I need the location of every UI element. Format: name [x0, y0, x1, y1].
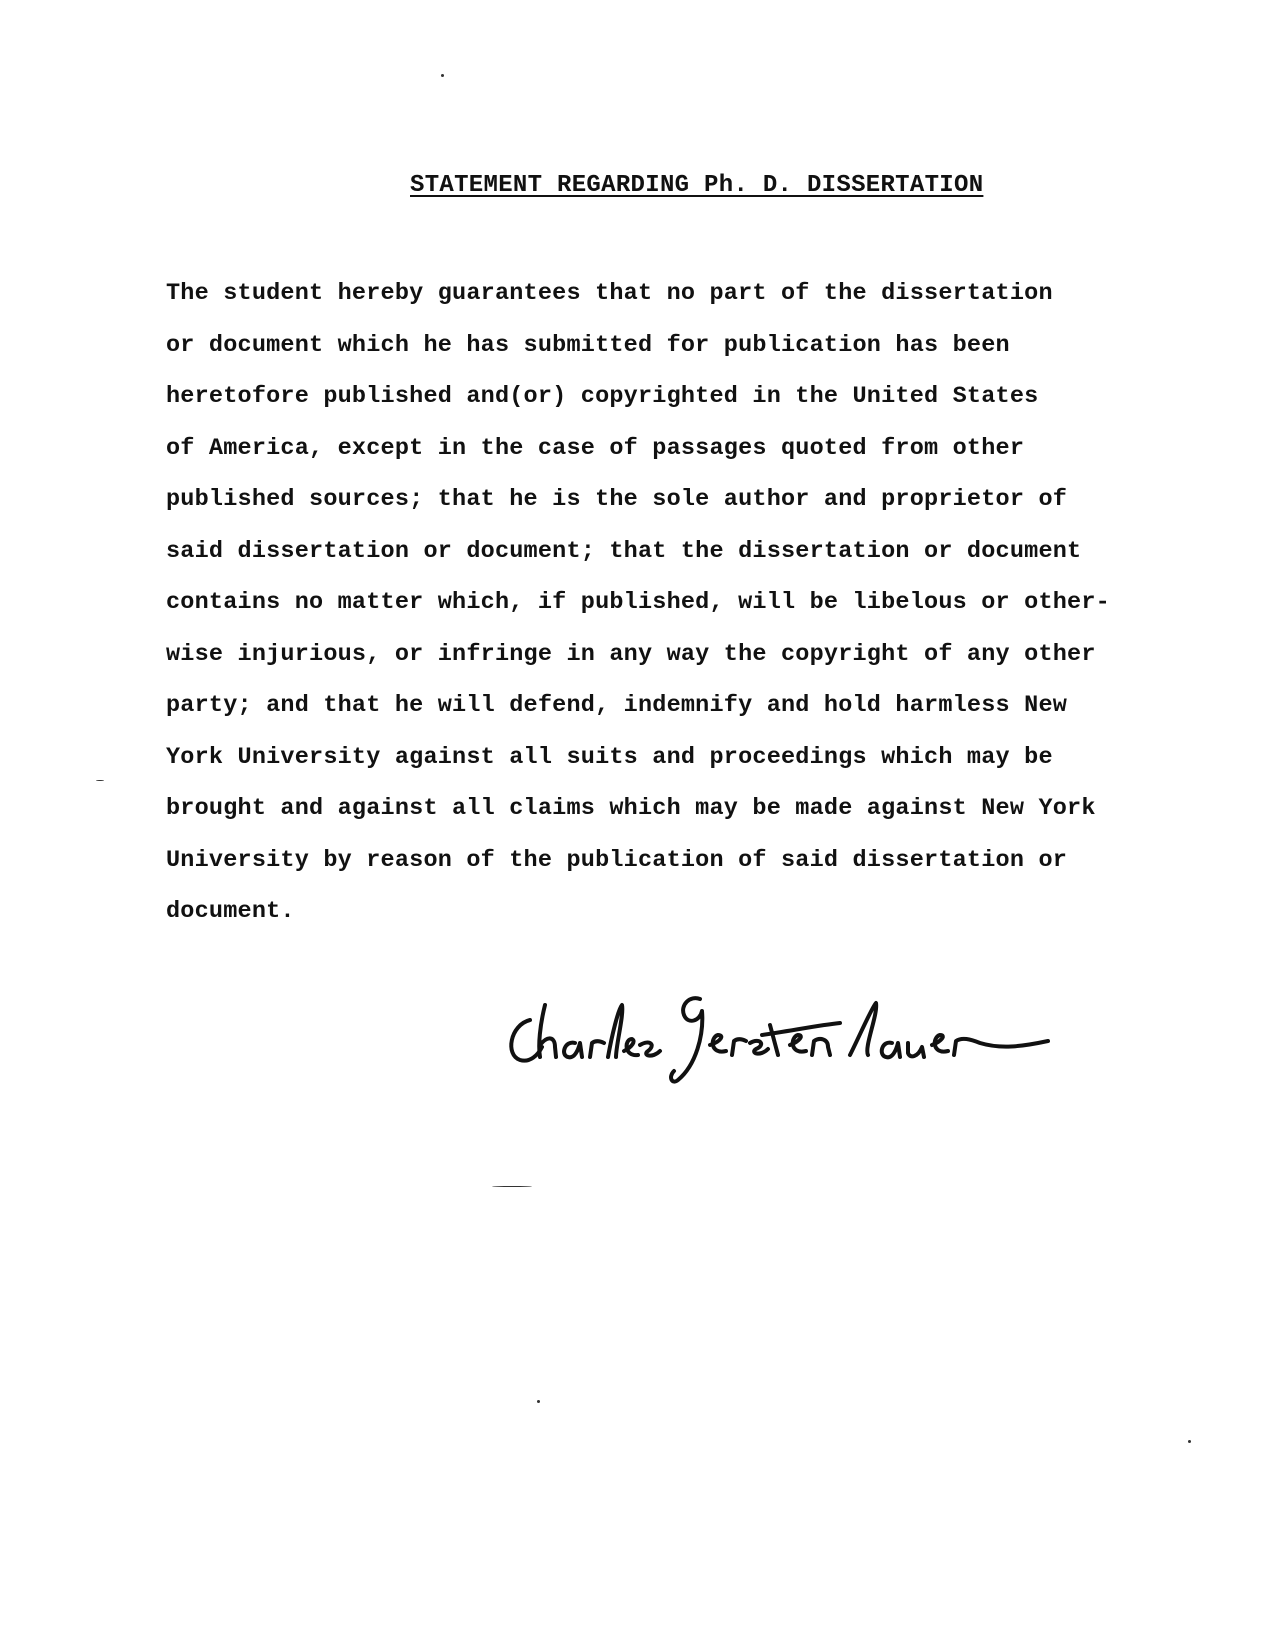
statement-body: The student hereby guarantees that no pa… — [166, 272, 1186, 942]
body-line: or document which he has submitted for p… — [166, 324, 1186, 376]
body-line: document. — [166, 890, 1186, 942]
body-line: The student hereby guarantees that no pa… — [166, 272, 1186, 324]
handwritten-signature — [500, 985, 1060, 1095]
body-line: published sources; that he is the sole a… — [166, 478, 1186, 530]
document-title: STATEMENT REGARDING Ph. D. DISSERTATION — [410, 172, 983, 199]
body-line: said dissertation or document; that the … — [166, 530, 1186, 582]
body-line: brought and against all claims which may… — [166, 787, 1186, 839]
body-line: York University against all suits and pr… — [166, 736, 1186, 788]
body-line: of America, except in the case of passag… — [166, 427, 1186, 479]
body-line: heretofore published and(or) copyrighted… — [166, 375, 1186, 427]
body-line: University by reason of the publication … — [166, 839, 1186, 891]
body-line: wise injurious, or infringe in any way t… — [166, 633, 1186, 685]
body-line: contains no matter which, if published, … — [166, 581, 1186, 633]
scan-speck — [492, 1186, 532, 1187]
scan-speck — [96, 780, 104, 781]
scan-speck — [537, 1400, 540, 1403]
scan-speck — [441, 74, 444, 77]
scan-speck — [1188, 1440, 1191, 1443]
body-line: party; and that he will defend, indemnif… — [166, 684, 1186, 736]
